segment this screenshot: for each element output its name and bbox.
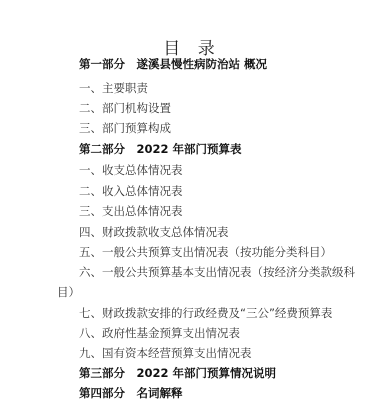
toc-part-4[interactable]: 第四部分 名词解释 [79, 386, 183, 400]
toc-item[interactable]: 一、收支总体情况表 [79, 163, 183, 177]
toc-item[interactable]: 三、部门预算构成 [79, 121, 171, 135]
toc-item[interactable]: 六、一般公共预算基本支出情况表（按经济分类款级科 [79, 265, 355, 279]
toc-item[interactable]: 二、部门机构设置 [79, 101, 171, 115]
toc-part-2[interactable]: 第二部分 2022 年部门预算表 [79, 142, 242, 156]
toc-item[interactable]: 九、国有资本经营预算支出情况表 [79, 346, 252, 360]
toc-item[interactable]: 五、一般公共预算支出情况表（按功能分类科目） [79, 245, 332, 259]
toc-part-1[interactable]: 第一部分 遂溪县慢性病防治站 概况 [79, 57, 267, 71]
toc-item-continuation: 目） [57, 285, 80, 299]
toc-item[interactable]: 二、收入总体情况表 [79, 184, 183, 198]
toc-item[interactable]: 一、主要职责 [79, 81, 148, 95]
toc-part-3[interactable]: 第三部分 2022 年部门预算情况说明 [79, 366, 276, 380]
toc-item[interactable]: 七、财政拨款安排的行政经费及“三公”经费预算表 [79, 306, 332, 320]
toc-item[interactable]: 八、政府性基金预算支出情况表 [79, 326, 240, 340]
toc-item[interactable]: 三、支出总体情况表 [79, 204, 183, 218]
toc-title: 目 录 [0, 34, 384, 59]
toc-item[interactable]: 四、财政拨款收支总体情况表 [79, 225, 229, 239]
